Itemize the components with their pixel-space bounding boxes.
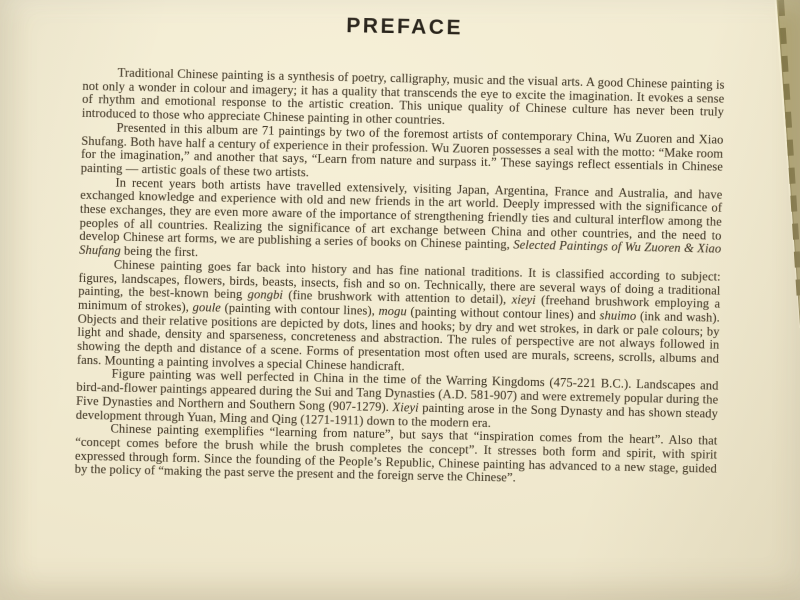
paragraph: Chinese painting goes far back into hist… [77, 258, 721, 380]
italic-text-segment: xieyi [512, 293, 536, 307]
italic-text-segment: mogu [378, 304, 406, 319]
preface-text: Traditional Chinese painting is a synthe… [75, 66, 725, 490]
italic-text-segment: shuimo [599, 308, 636, 323]
italic-text-segment: Xieyi [392, 400, 418, 415]
italic-text-segment: gongbi [248, 287, 284, 302]
page-content: PREFACE Traditional Chinese painting is … [75, 5, 726, 490]
paragraph: In recent years both artists have travel… [79, 175, 723, 270]
italic-text-segment: goule [193, 300, 222, 315]
text-segment: Chinese painting exemplifies “learning f… [75, 422, 718, 485]
text-segment: Traditional Chinese painting is a synthe… [82, 66, 725, 128]
book-photo: PREFACE Traditional Chinese painting is … [0, 0, 800, 600]
